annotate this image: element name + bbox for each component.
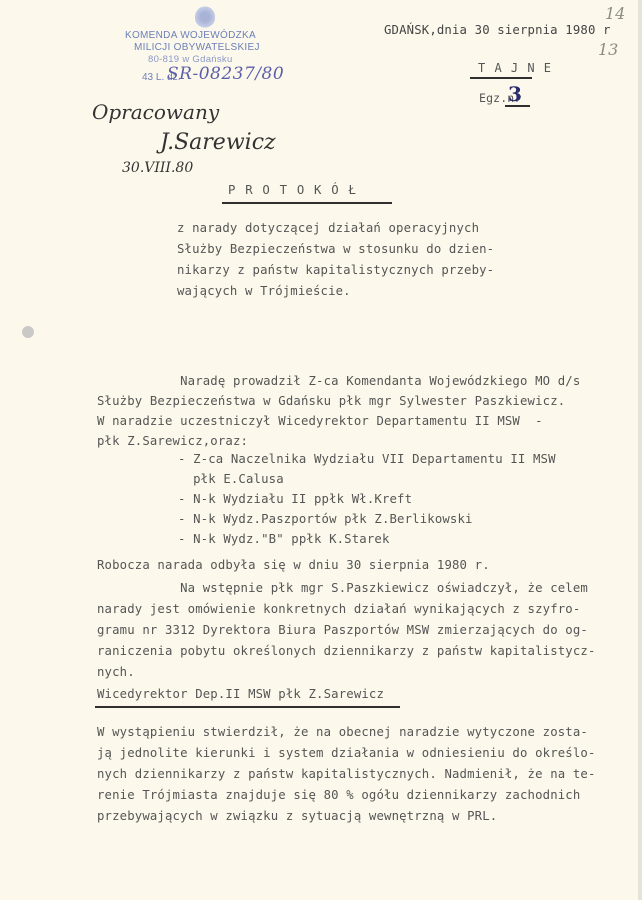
document-title: P R O T O K Ó Ł (228, 180, 357, 201)
section-heading: Wicedyrektor Dep.II MSW płk Z.Sarewicz (97, 684, 384, 705)
body-line: nych. (97, 662, 135, 683)
participant-item: - Z-ca Naczelnika Wydziału VII Departame… (178, 449, 556, 470)
body-line: nych dziennikarzy z państw kapitalistycz… (97, 764, 596, 785)
participant-item-cont: płk E.Calusa (178, 469, 284, 490)
subtitle-line: nikarzy z państw kapitalistycznych przeb… (177, 260, 494, 281)
body-line: Naradę prowadził Z-ca Komendanta Wojewód… (97, 371, 580, 392)
body-line: Na wstępnie płk mgr S.Paszkiewicz oświad… (97, 578, 588, 599)
place-date: GDAŃSK,dnia 30 sierpnia 1980 r (384, 20, 611, 41)
handwritten-date: 30.VIII.80 (122, 160, 193, 176)
stamp-reg-number: SR-08237/80 (167, 64, 284, 84)
title-underline (222, 202, 392, 204)
page-edge (638, 0, 642, 900)
pencil-mark-top: 14 (605, 4, 625, 23)
copy-number-underline (505, 105, 530, 107)
copy-number: 3 (508, 82, 522, 106)
handwritten-signature: J.Sarewicz (160, 130, 276, 155)
body-line: W wystąpieniu stwierdził, że na obecnej … (97, 722, 588, 743)
body-line: gramu nr 3312 Dyrektora Biura Paszportów… (97, 620, 588, 641)
body-line: przebywających w związku z sytuacją wewn… (97, 806, 497, 827)
body-line: W naradzie uczestniczył Wicedyrektor Dep… (97, 411, 543, 432)
subtitle-line: z narady dotyczącej działań operacyjnych (177, 218, 479, 239)
body-line: renie Trójmiasta znajduje się 80 % ogółu… (97, 785, 580, 806)
section-heading-underline (95, 706, 400, 708)
participant-item: - N-k Wydz.Paszportów płk Z.Berlikowski (178, 509, 473, 530)
pencil-mark-bottom: 13 (598, 40, 618, 59)
classification-underline (470, 77, 532, 79)
classification: T A J N E (478, 58, 552, 79)
stamp-line-2: MILICJI OBYWATELSKIEJ (134, 42, 260, 53)
body-line: ją jednolite kierunki i system działania… (97, 743, 596, 764)
official-stamp: KOMENDA WOJEWÓDZKA MILICJI OBYWATELSKIEJ… (120, 0, 320, 100)
stamp-line-1: KOMENDA WOJEWÓDZKA (125, 30, 256, 41)
meeting-date-line: Robocza narada odbyła się w dniu 30 sier… (97, 555, 490, 576)
participant-item: - N-k Wydz."B" ppłk K.Starek (178, 529, 390, 550)
participant-item: - N-k Wydziału II ppłk Wł.Kreft (178, 489, 412, 510)
body-line: Służby Bezpieczeństwa w Gdańsku płk mgr … (97, 391, 565, 412)
handwritten-note: Opracowany (92, 100, 219, 124)
body-line: narady jest omówienie konkretnych działa… (97, 599, 580, 620)
subtitle-line: wających w Trójmieście. (177, 281, 351, 302)
body-line: raniczenia pobytu określonych dziennikar… (97, 641, 596, 662)
eagle-emblem-icon (195, 6, 215, 28)
subtitle-line: Służby Bezpieczeństwa w stosunku do dzie… (177, 239, 494, 260)
punch-hole (22, 326, 34, 338)
